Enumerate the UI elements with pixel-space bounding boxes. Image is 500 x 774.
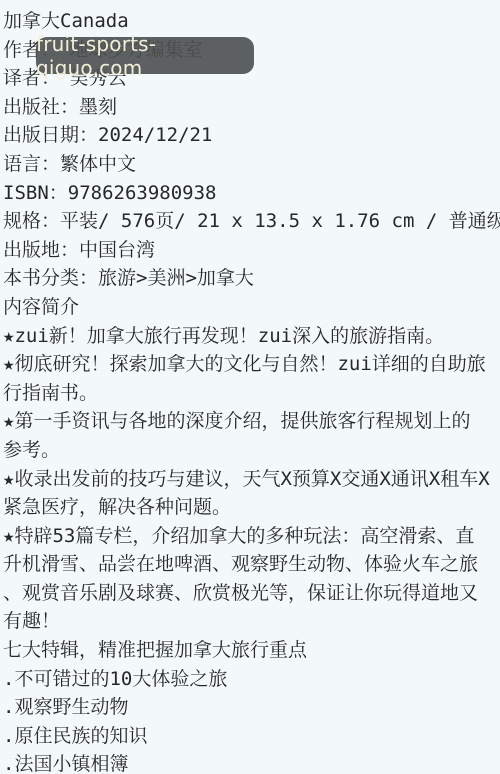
intro-line: 、观赏音乐剧及球赛、欣赏极光等，保证让你玩得道地又 — [3, 579, 500, 608]
feature-item: .法国小镇相簿 — [3, 750, 500, 774]
book-detail-page: 加拿大Canada 作者： 地球步方编集室 译者： 吴秀云 出版社：墨刻 出版日… — [0, 0, 500, 774]
intro-line: 行指南书。 — [3, 379, 500, 408]
feature-item: .观察野生动物 — [3, 693, 500, 722]
intro-line: ★第一手资讯与各地的深度介绍，提供旅客行程规划上的 — [3, 407, 500, 436]
intro-line: ★特辟53篇专栏，介绍加拿大的多种玩法：高空滑索、直 — [3, 522, 500, 551]
intro-line: 紧急医疗，解决各种问题。 — [3, 493, 500, 522]
feature-item: .原住民族的知识 — [3, 722, 500, 751]
meta-category: 本书分类：旅游>美洲>加拿大 — [3, 264, 500, 293]
meta-language: 语言：繁体中文 — [3, 150, 500, 179]
watermark-overlay: fruit-sports-qiguo.com — [36, 37, 254, 74]
watermark-text: fruit-sports-qiguo.com — [36, 32, 254, 80]
intro-line: 参考。 — [3, 436, 500, 465]
intro-line: ★收录出发前的技巧与建议，天气X预算X交通X通讯X租车X — [3, 465, 500, 494]
section-heading-intro: 内容简介 — [3, 293, 500, 322]
meta-spec: 规格：平装/ 576页/ 21 x 13.5 x 1.76 cm / 普通级 — [3, 207, 500, 236]
meta-pub-date: 出版日期：2024/12/21 — [3, 121, 500, 150]
feature-item: .不可错过的10大体验之旅 — [3, 665, 500, 694]
intro-line: 升机滑雪、品尝在地啤酒、观察野生动物、体验火车之旅 — [3, 550, 500, 579]
intro-line: ★zui新！加拿大旅行再发现！zui深入的旅游指南。 — [3, 322, 500, 351]
meta-publisher: 出版社：墨刻 — [3, 93, 500, 122]
features-heading: 七大特辑，精准把握加拿大旅行重点 — [3, 636, 500, 665]
intro-line: ★彻底研究！探索加拿大的文化与自然！zui详细的自助旅 — [3, 350, 500, 379]
intro-line: 有趣！ — [3, 607, 500, 636]
meta-pub-place: 出版地：中国台湾 — [3, 236, 500, 265]
meta-isbn: ISBN：9786263980938 — [3, 179, 500, 208]
